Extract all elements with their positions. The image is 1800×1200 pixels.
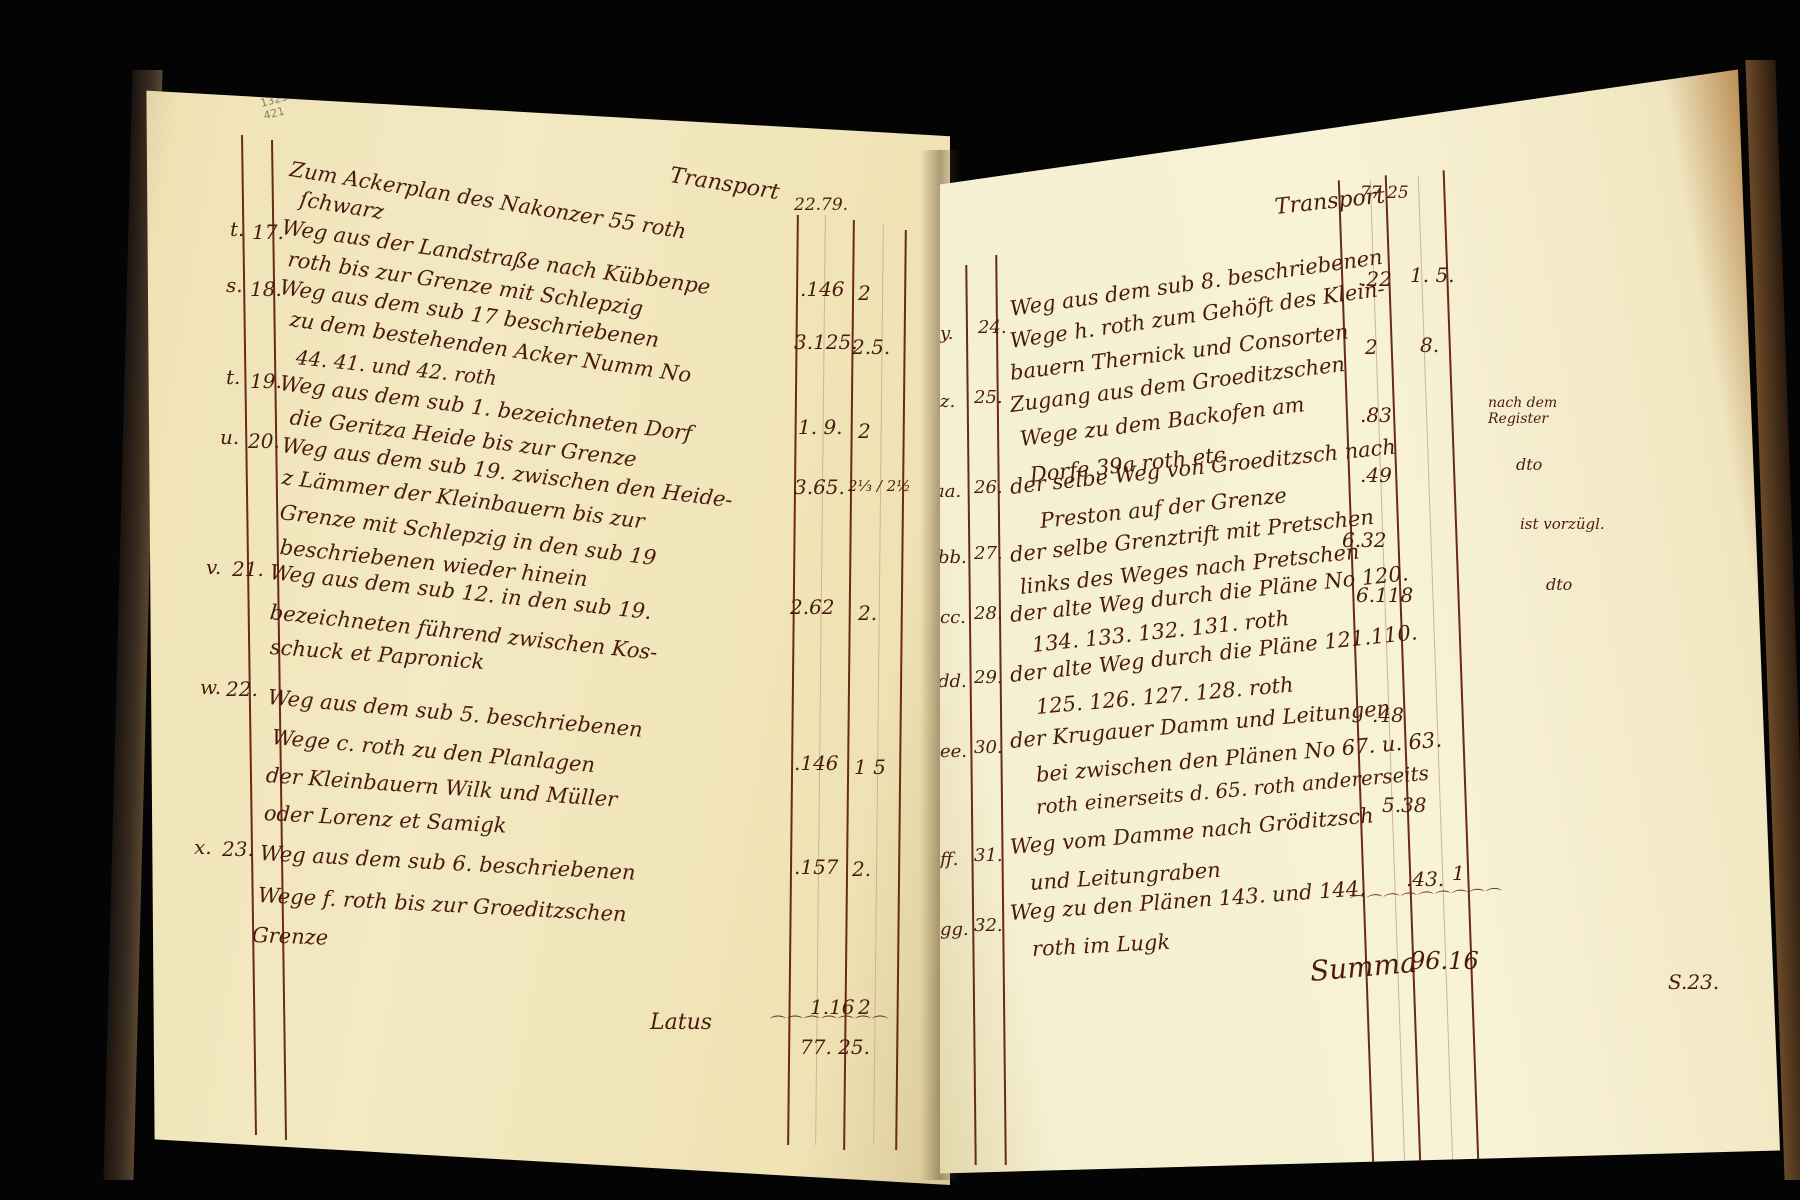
entry-letter: t. — [230, 217, 244, 241]
entry-amount-col2: 2 — [858, 419, 871, 443]
transport-amount: 22.79. — [794, 195, 848, 215]
entry-number: 21. — [232, 557, 264, 581]
entry-amount-col2: 8. — [1420, 333, 1439, 357]
summa-underline: ⌒⌒⌒⌒⌒⌒⌒⌒⌒ — [1350, 883, 1504, 914]
pencil-note-line: 324.5 — [255, 77, 289, 98]
amount-column-rule — [1385, 175, 1422, 1164]
transport-amount: 77 25 — [1360, 183, 1409, 203]
entry-number: 29. — [974, 667, 1003, 688]
entry-number: 17. — [252, 220, 284, 244]
entry-remark: ist vorzügl. — [1520, 515, 1605, 533]
amount-column-divider — [873, 225, 884, 1145]
entry-amount-col1: 5.38 — [1382, 793, 1427, 817]
entry-number: 31. — [974, 845, 1003, 866]
latus-label: Latus — [650, 1010, 712, 1035]
entry-amount-col2: 1 — [1452, 861, 1465, 885]
entry-amount-col1: 2 — [1365, 335, 1378, 359]
entry-number: 28. — [974, 603, 1003, 624]
entry-letter: aa. — [940, 481, 961, 502]
entry-amount-col1: .83 — [1360, 403, 1392, 427]
entry-letter: w. — [200, 675, 221, 699]
amount-column-rule — [895, 230, 907, 1150]
latus-total: 77. 25. — [800, 1035, 870, 1059]
right-page: Transport 77 25 y. 24. Weg aus dem sub 8… — [940, 35, 1780, 1185]
entry-letter: x. — [194, 835, 212, 859]
entry-remark: dto — [1546, 575, 1572, 594]
entry-amount-col1: 3.125. — [794, 330, 858, 354]
transport-header: Transport — [668, 163, 781, 205]
entry-text-line: roth im Lugk — [1031, 930, 1170, 961]
entry-amount-col2: 1. 5. — [1410, 263, 1455, 287]
entry-letter: dd. — [940, 671, 967, 692]
entry-amount-col2: 2. — [852, 857, 871, 881]
entry-letter: ff. — [940, 849, 958, 870]
entry-amount-col1: 2.62 — [790, 595, 835, 619]
entry-amount-col1: 6.32 — [1342, 528, 1387, 552]
entry-number: 26. — [974, 477, 1003, 498]
amount-column-rule — [787, 215, 799, 1145]
entry-amount-col1: 1. 9. — [798, 415, 843, 439]
entry-letter: u. — [220, 425, 239, 449]
entry-text-line: Weg aus dem sub 6. beschriebenen — [259, 841, 636, 885]
entry-number: 27. — [974, 543, 1003, 564]
entry-letter: y. — [940, 323, 954, 344]
entry-amount-col1: .22 — [1360, 267, 1392, 291]
entry-amount-col1: 6.118 — [1356, 583, 1413, 607]
page-signature-note: S.23. — [1668, 970, 1719, 994]
left-page: 324.5 1323 421 Transport Zum Ackerplan d… — [130, 45, 950, 1185]
latus-underline: ⌒⌒⌒⌒⌒⌒⌒ — [770, 1011, 889, 1034]
entry-letter: t. — [226, 365, 240, 389]
entry-letter: s. — [226, 273, 243, 297]
open-ledger-book: 324.5 1323 421 Transport Zum Ackerplan d… — [0, 0, 1800, 1200]
entry-amount-col2: 2. — [858, 601, 877, 625]
entry-number: 30. — [974, 737, 1003, 758]
pencil-catalog-note: 324.5 1323 421 — [255, 77, 296, 123]
entry-number: 23. — [222, 837, 254, 861]
entry-amount-col1: .146 — [800, 277, 845, 301]
entry-amount-col2: 1 5 — [854, 755, 886, 779]
entry-number: 25. — [974, 387, 1003, 408]
entry-amount-col2: 2.5. — [852, 335, 890, 359]
amount-column-rule — [1443, 170, 1480, 1164]
entry-letter: v. — [206, 555, 221, 579]
amount-column-divider — [1370, 180, 1405, 1164]
entry-letter: gg. — [940, 919, 969, 940]
entry-number: 19. — [250, 369, 282, 393]
entry-amount-col2: 2 — [858, 281, 871, 305]
entry-amount-col1: .157 — [794, 855, 839, 879]
entry-number: 20. — [248, 429, 280, 453]
summa-total: 96.16 — [1410, 947, 1479, 975]
entry-letter: cc. — [940, 607, 966, 628]
entry-letter: z. — [940, 391, 955, 412]
entry-amount-col1: 3.65. — [794, 475, 845, 499]
summa-label: Summa — [1309, 946, 1418, 988]
entry-amount-col1: .49 — [1360, 463, 1392, 487]
entry-number: 18. — [250, 277, 282, 301]
entry-remark: nach dem Register — [1488, 395, 1578, 427]
entry-text-line: Wege f. roth bis zur Groeditzschen — [257, 883, 627, 926]
entry-number: 32. — [974, 915, 1003, 936]
entry-text-line: oder Lorenz et Samigk — [263, 801, 507, 838]
entry-amount-col1: .146 — [794, 751, 839, 775]
entry-number: 22. — [226, 677, 258, 701]
entry-remark: dto — [1516, 455, 1542, 474]
entry-text-line: Grenze — [252, 923, 329, 950]
entry-amount-col2: 2⅓ / 2½ — [848, 477, 911, 495]
entry-letter: ee. — [940, 741, 967, 762]
entry-letter: bb. — [940, 547, 967, 568]
entry-number: 24. — [978, 317, 1007, 338]
entry-amount-col1: .48 — [1372, 703, 1404, 727]
